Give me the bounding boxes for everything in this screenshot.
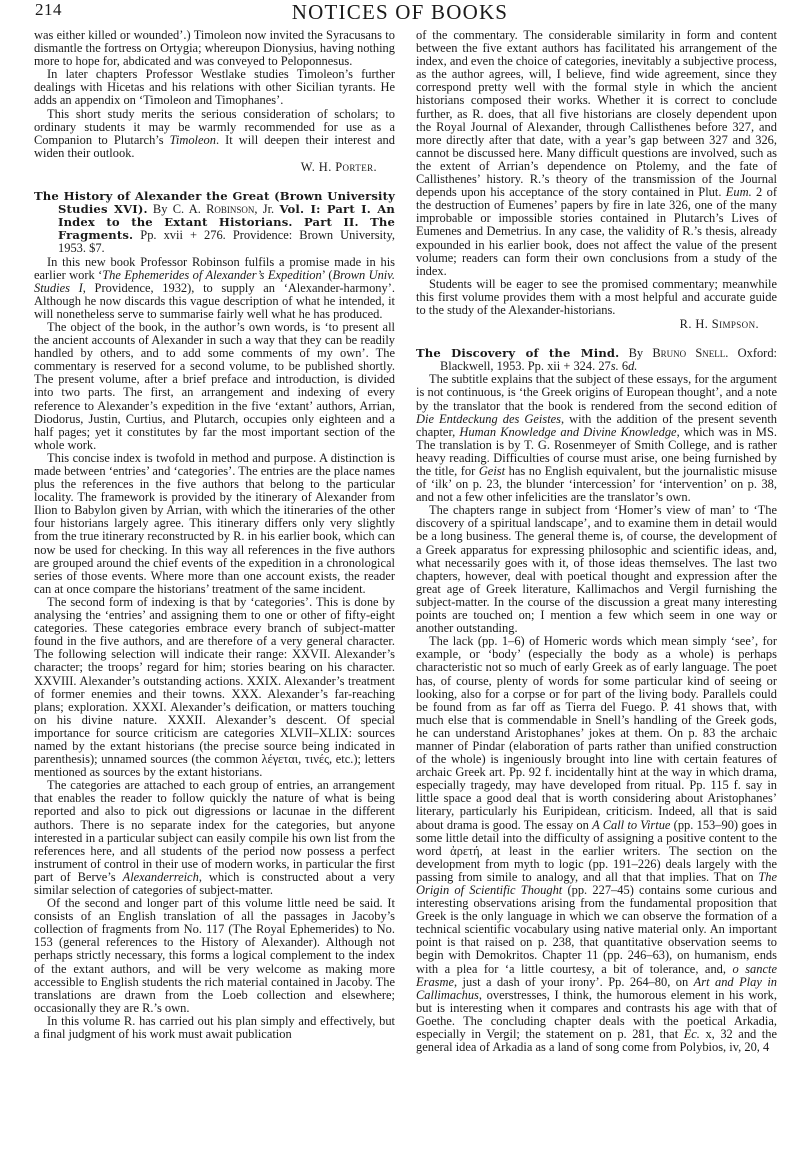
right-column: of the commentary. The considerable simi… (416, 29, 777, 1054)
text: , Providence, 1932), to supply an ‘Alexa… (34, 281, 395, 321)
italic-word: Geist (479, 464, 505, 478)
italic-title: The Ephemerides of Alexander’s Expeditio… (102, 268, 321, 282)
paragraph: The lack (pp. 1–6) of Homeric words whic… (416, 635, 777, 1054)
italic-title: Eum. (726, 185, 752, 199)
text: , Jr. (254, 202, 279, 216)
currency-pence: d. (628, 359, 637, 373)
paragraph: The subtitle explains that the subject o… (416, 373, 777, 504)
paragraph: In later chapters Professor Westlake stu… (34, 68, 395, 107)
paragraph: Of the second and longer part of this vo… (34, 897, 395, 1015)
paragraph: In this volume R. has carried out his pl… (34, 1015, 395, 1041)
text: 6 (619, 359, 628, 373)
book-author: Bruno Snell (652, 346, 725, 360)
paragraph: The chapters range in subject from ‘Home… (416, 504, 777, 635)
italic-title: Human Knowledge and Divine Knowledge (459, 425, 676, 439)
text: The lack (pp. 1–6) of Homeric words whic… (416, 634, 777, 831)
paragraph: of the commentary. The considerable simi… (416, 29, 777, 278)
italic-title: Die Entdeckung des Geistes (416, 412, 561, 426)
text: , just a dash of your irony’. Pp. 264–80… (454, 975, 694, 989)
text: 2 of the destruction of Eumenes’ papers … (416, 185, 777, 278)
text: By (148, 202, 173, 216)
book-author: C. A. Robinson (173, 202, 255, 216)
review-heading: The Discovery of the Mind. By Bruno Snel… (416, 347, 777, 373)
text: The subtitle explains that the subject o… (416, 372, 777, 412)
italic-abbrev: Ec. (684, 1027, 700, 1041)
text: By (619, 346, 652, 360)
italic-title: A Call to Virtue (592, 818, 670, 832)
reviewer-signature: R. H. Simpson. (416, 318, 777, 331)
review-heading: The History of Alexander the Great (Brow… (34, 190, 395, 255)
text: The categories are attached to each grou… (34, 778, 395, 884)
running-head: NOTICES OF BOOKS (0, 0, 800, 25)
reviewer-signature: W. H. Porter. (34, 161, 395, 174)
paragraph: This short study merits the serious cons… (34, 108, 395, 160)
text: (pp. 227–45) contains some curious and i… (416, 883, 777, 976)
left-column: was either killed or wounded’.) Timoleon… (34, 29, 395, 1041)
text: of the commentary. The considerable simi… (416, 28, 777, 199)
paragraph: The categories are attached to each grou… (34, 779, 395, 897)
paragraph: In this new book Professor Robinson fulf… (34, 256, 395, 321)
currency-shillings: s. (611, 359, 619, 373)
paragraph: The object of the book, in the author’s … (34, 321, 395, 452)
paragraph: was either killed or wounded’.) Timoleon… (34, 29, 395, 68)
paragraph: This concise index is twofold in method … (34, 452, 395, 596)
text: ’ ( (322, 268, 333, 282)
paragraph: Students will be eager to see the promis… (416, 278, 777, 317)
paragraph: The second form of indexing is that by ‘… (34, 596, 395, 779)
italic-title: Alexanderreich (123, 870, 199, 884)
book-title: The Discovery of the Mind. (416, 346, 619, 360)
italic-title: Timoleon (170, 133, 216, 147)
